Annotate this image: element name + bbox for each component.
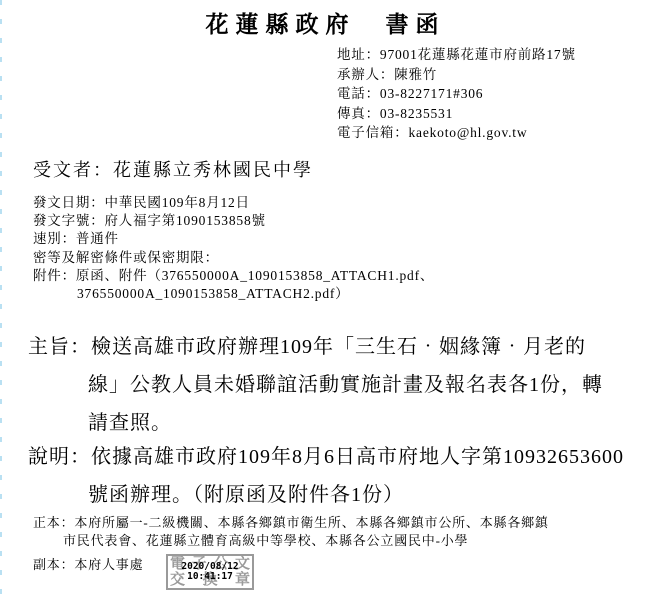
- sender-email-line: 電子信箱：kaekoto@hl.gov.tw: [337, 123, 576, 143]
- subject-line-3: 請查照。: [28, 404, 603, 442]
- sender-phone-line: 電話：03-8227171#306: [337, 84, 576, 104]
- speed-class-line: 速別：普通件: [33, 230, 434, 248]
- sender-contact-line: 承辦人：陳雅竹: [337, 65, 576, 85]
- attachment-line: 附件：原函、附件（376550000A_1090153858_ATTACH1.p…: [33, 267, 434, 285]
- explanation-line-1: 依據高雄市政府109年8月6日高市府地人字第10932653600: [91, 446, 624, 468]
- subject-line-2: 線」公教人員未婚聯誼活動實施計畫及報名表各1份，轉: [28, 366, 603, 404]
- binding-dashed-line: [0, 0, 2, 598]
- sender-info-block: 地址：97001花蓮縣花蓮市府前路17號 承辦人：陳雅竹 電話：03-82271…: [337, 45, 576, 143]
- issue-number-line: 發文字號：府人福字第1090153858號: [33, 212, 434, 230]
- explanation-line-2: 號函辦理。（附原函及附件各1份）: [28, 476, 624, 514]
- original-to-first-line: 正本：本府所屬一-二級機關、本縣各鄉鎮市衛生所、本縣各鄉鎮市公所、本縣各鄉鎮: [33, 514, 549, 532]
- copy-to-line: 副本：本府人事處: [33, 556, 143, 574]
- explanation-first-line: 說明：依據高雄市政府109年8月6日高市府地人字第10932653600: [28, 438, 624, 476]
- subject-line-1: 檢送高雄市政府辦理109年「三生石‧姻緣簿‧月老的: [91, 336, 586, 358]
- stamp-datetime: 2020/08/12 10:41:17: [168, 556, 252, 588]
- doc-title: 花蓮縣政府 書函: [0, 6, 651, 39]
- subject-label: 主旨：: [28, 336, 91, 358]
- explanation-block: 說明：依據高雄市政府109年8月6日高市府地人字第10932653600 號函辦…: [28, 438, 624, 514]
- security-class-line: 密等及解密條件或保密期限：: [33, 249, 434, 267]
- original-to-label: 正本：: [33, 515, 74, 530]
- explanation-label: 說明：: [28, 446, 91, 468]
- original-to-block: 正本：本府所屬一-二級機關、本縣各鄉鎮市衛生所、本縣各鄉鎮市公所、本縣各鄉鎮 市…: [33, 514, 549, 550]
- recipient-line: 受文者：花蓮縣立秀林國民中學: [33, 156, 313, 182]
- subject-first-line: 主旨：檢送高雄市政府辦理109年「三生石‧姻緣簿‧月老的: [28, 328, 603, 366]
- issue-date-line: 發文日期：中華民國109年8月12日: [33, 194, 434, 212]
- subject-block: 主旨：檢送高雄市政府辦理109年「三生石‧姻緣簿‧月老的 線」公教人員未婚聯誼活…: [28, 328, 603, 442]
- sender-fax-line: 傳真：03-8235531: [337, 104, 576, 124]
- original-to-line-2: 市民代表會、花蓮縣立體育高級中等學校、本縣各公立國民中-小學: [33, 532, 549, 550]
- stamp-time: 10:41:17: [187, 572, 233, 582]
- electronic-exchange-stamp: 電子公文 交換章 2020/08/12 10:41:17: [166, 554, 254, 590]
- meta-block: 發文日期：中華民國109年8月12日 發文字號：府人福字第1090153858號…: [33, 194, 434, 303]
- official-letter-page: 花蓮縣政府 書函 地址：97001花蓮縣花蓮市府前路17號 承辦人：陳雅竹 電話…: [0, 0, 651, 598]
- attachment-continuation-line: 376550000A_1090153858_ATTACH2.pdf）: [33, 285, 434, 303]
- original-to-line-1: 本府所屬一-二級機關、本縣各鄉鎮市衛生所、本縣各鄉鎮市公所、本縣各鄉鎮: [74, 515, 548, 530]
- sender-address-line: 地址：97001花蓮縣花蓮市府前路17號: [337, 45, 576, 65]
